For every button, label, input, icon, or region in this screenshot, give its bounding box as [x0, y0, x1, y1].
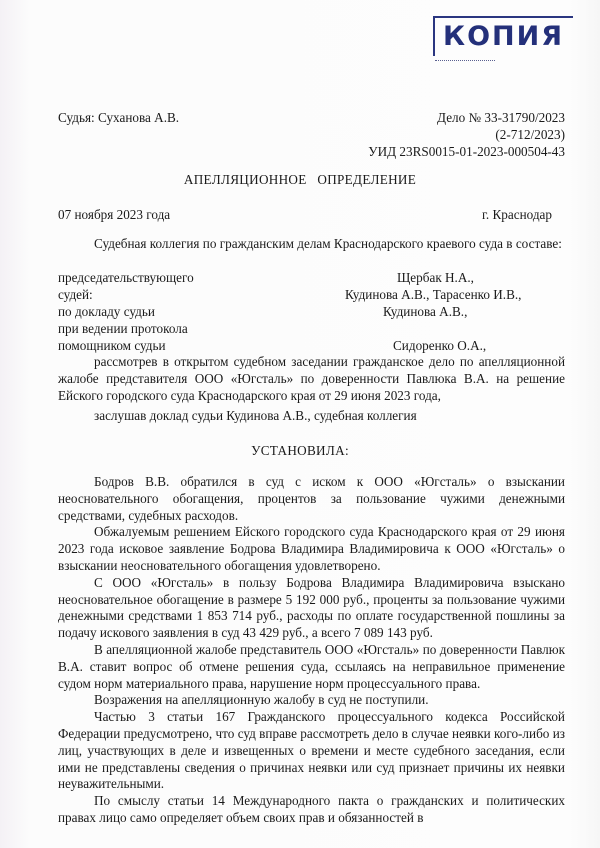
composition-role: по докладу судьи	[58, 304, 155, 320]
judge-label: Судья: Суханова А.В.	[58, 110, 179, 126]
composition-name: Кудинова А.В.,	[383, 304, 467, 320]
body-paragraph: Частью 3 статьи 167 Гражданского процесс…	[58, 709, 565, 793]
composition-name: Кудинова А.В., Тарасенко И.В.,	[345, 287, 521, 303]
body-paragraph: Бодров В.В. обратился в суд с иском к ОО…	[58, 474, 565, 524]
heard-text: заслушав доклад судьи Кудинова А.В., суд…	[94, 408, 417, 424]
document-title: АПЕЛЛЯЦИОННОЕ ОПРЕДЕЛЕНИЕ	[0, 172, 600, 188]
stamp-underline	[435, 60, 495, 61]
composition-name: Сидоренко О.А.,	[393, 338, 486, 354]
body-paragraph: В апелляционной жалобе представитель ООО…	[58, 642, 565, 692]
body-paragraph: С ООО «Югсталь» в пользу Бодрова Владими…	[58, 575, 565, 642]
composition-name: Щербак Н.А.,	[397, 270, 474, 286]
body-paragraph: По смыслу статьи 14 Международного пакта…	[58, 793, 565, 827]
uid-number: УИД 23RS0015-01-2023-000504-43	[368, 144, 565, 160]
document-page: КОПИЯ Судья: Суханова А.В. Дело № 33-317…	[0, 0, 600, 848]
composition-intro: Судебная коллегия по гражданским делам К…	[58, 236, 565, 253]
composition-role: помощником судьи	[58, 338, 166, 354]
document-city: г. Краснодар	[482, 207, 552, 223]
lower-case-number: (2-712/2023)	[495, 127, 565, 143]
considering-text: рассмотрев в открытом судебном заседании…	[58, 354, 565, 404]
copy-stamp: КОПИЯ	[433, 16, 573, 56]
body-paragraph: Возражения на апелляционную жалобу в суд…	[58, 692, 565, 709]
composition-role: при ведении протокола	[58, 321, 188, 337]
body-text: Бодров В.В. обратился в суд с иском к ОО…	[58, 474, 565, 827]
body-paragraph: Обжалуемым решением Ейского городского с…	[58, 524, 565, 574]
document-date: 07 ноября 2023 года	[58, 207, 170, 223]
case-number: Дело № 33-31790/2023	[437, 110, 565, 126]
composition-role: судей:	[58, 287, 93, 303]
copy-stamp-label: КОПИЯ	[443, 22, 564, 52]
composition-role: председательствующего	[58, 270, 194, 286]
composition-intro-block: Судебная коллегия по гражданским делам К…	[58, 236, 565, 253]
considering-block: рассмотрев в открытом судебном заседании…	[58, 354, 565, 404]
established-heading: УСТАНОВИЛА:	[0, 443, 600, 459]
